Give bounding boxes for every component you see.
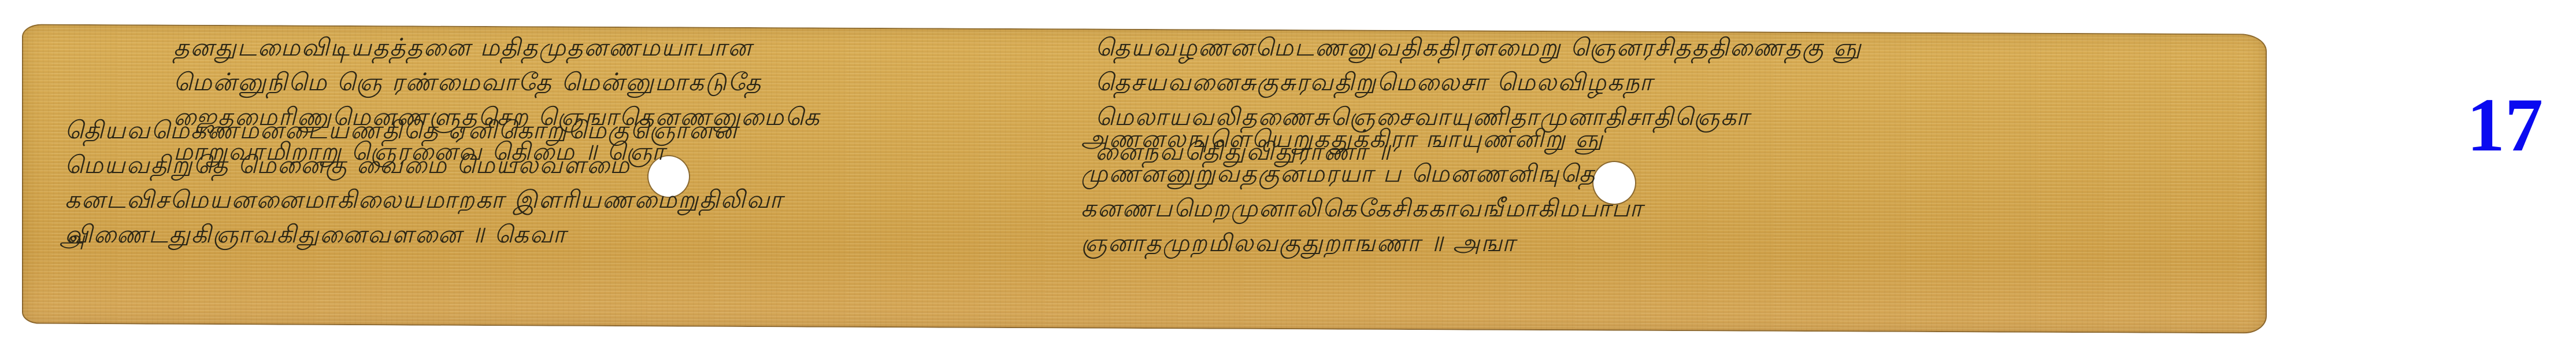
text-line: தெயவழணனமெடணனுவதிகதிரளமைறு ஞெனரசிதததிணைதக… xyxy=(1095,30,1862,65)
text-line: முணனனுறுவதகுனமரயா ப மெனணனிஙுதெ xyxy=(1081,156,1644,191)
text-line: மெயவதிறுதெ மெனைகு வைமை மெயலவளமை xyxy=(65,148,783,182)
text-line: கனணபமெறமுனாலிகெகேசிககாவஙீமாகிமபாபா xyxy=(1081,191,1644,226)
text-line: விணைடதுகிஞாவகிதுனைவளனை ॥ கெவா xyxy=(65,217,783,252)
text-line: தெசயவனைசுகுசுரவதிறுமெலைசா மெலவிழகநா xyxy=(1095,65,1862,100)
page-number: 17 xyxy=(2467,87,2543,163)
text-block-right-bottom: அணனலஙுளெயெறுகதுக்கிரா ஙாயுணனிறு ஞு முணனன… xyxy=(1081,122,1644,260)
text-line: மென்னுநிமெ ஞெ ரண்மைவாதே மென்னுமாகடுதே xyxy=(173,65,821,100)
text-line: அணனலஙுளெயெறுகதுக்கிரா ஙாயுணனிறு ஞு xyxy=(1081,122,1644,156)
text-line: தெியவமெகணமனடையணதிதெ ஏனிகொறுமெகுஞொனன xyxy=(65,113,783,148)
text-block-left-bottom: தெியவமெகணமனடையணதிதெ ஏனிகொறுமெகுஞொனன மெயவ… xyxy=(65,113,783,252)
text-line: தனதுடமைவிடியதத்தனை மதிதமுதனணமயாபான xyxy=(173,30,821,65)
text-line: ஞனாதமுறமிலவகுதுறாஙணா ॥ அஙா xyxy=(1081,226,1644,260)
text-line: கனடவிசமெயனனைமாகிலையமாறகா இளரியணமைறுதிலிவ… xyxy=(65,182,783,217)
margin-mark: அ xyxy=(59,226,84,255)
